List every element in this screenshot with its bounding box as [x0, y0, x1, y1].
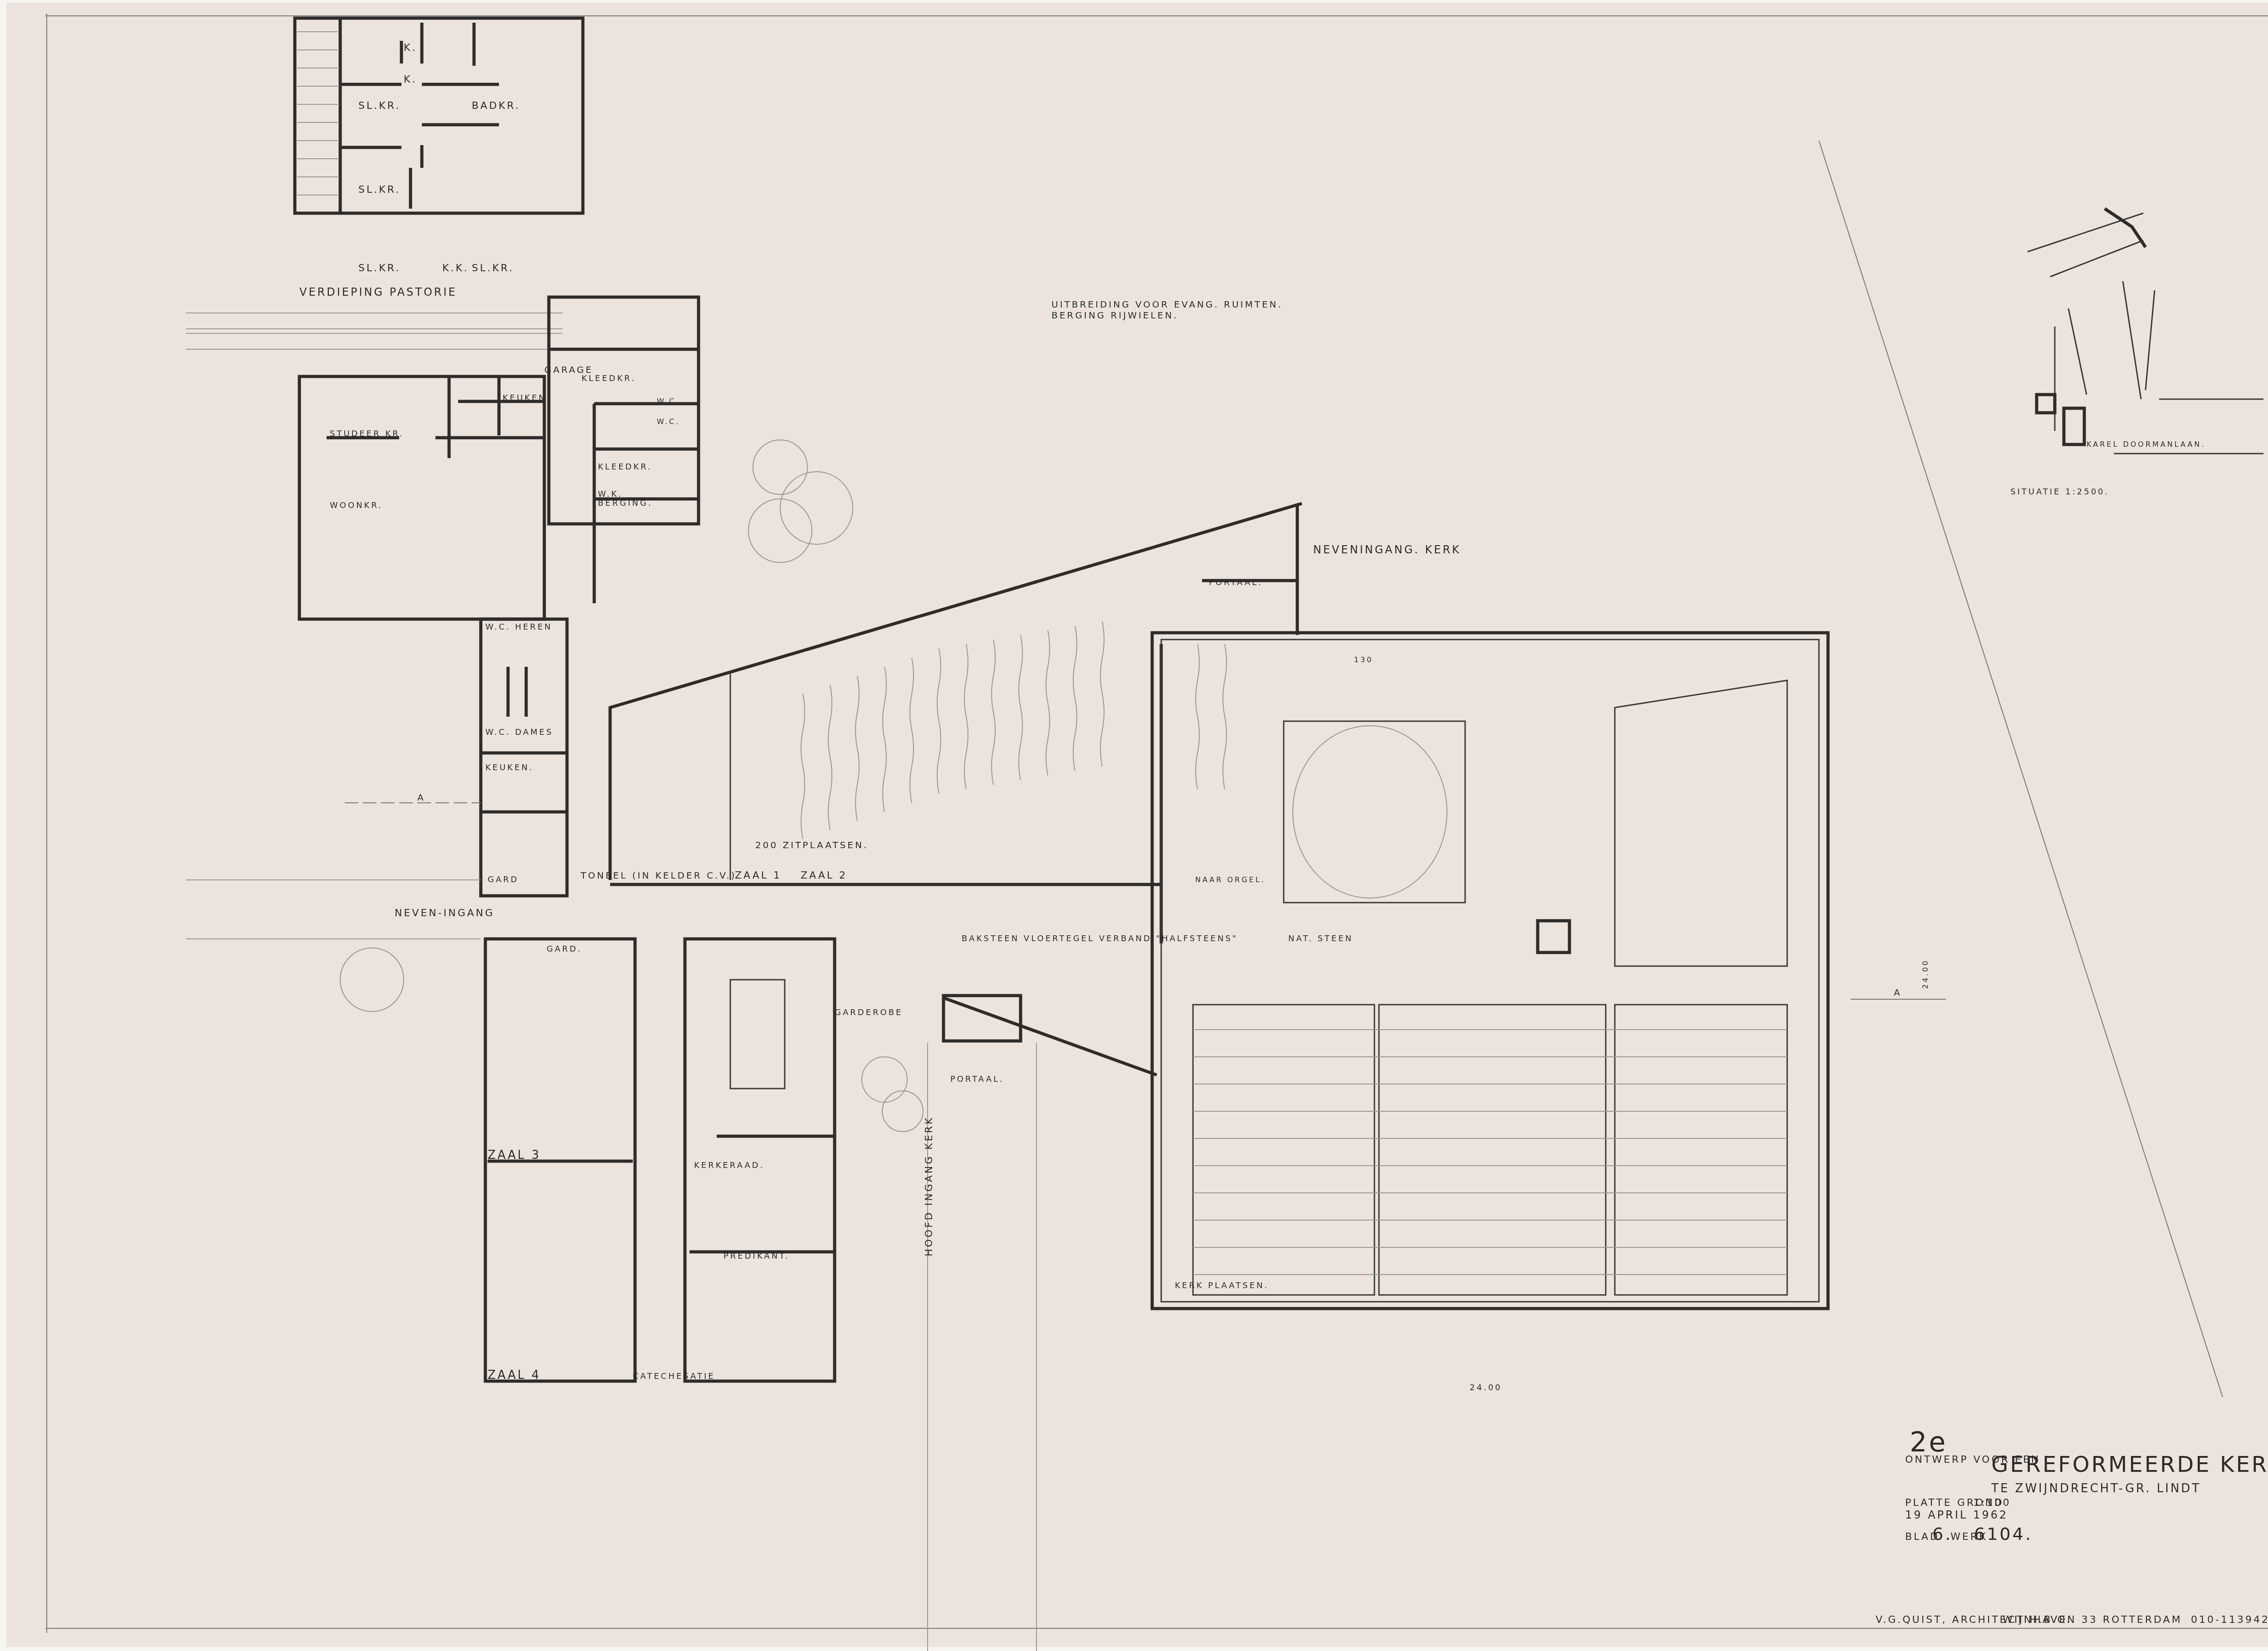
room-label: KLEEDKR. — [582, 374, 636, 383]
floor-note: BAKSTEEN VLOERTEGEL VERBAND "HALFSTEENS" — [962, 934, 1238, 943]
zaal-2-label: ZAAL 2 — [801, 870, 847, 881]
edition-number: 2e — [1910, 1426, 1947, 1458]
situation-caption: SITUATIE 1:2500. — [2010, 487, 2109, 497]
section-mark-a-right: A — [1894, 987, 1902, 998]
annex-note-line2: BERGING RIJWIELEN. — [1051, 310, 1178, 321]
room-label: ZAAL 4 — [488, 1368, 541, 1382]
dimension-right: 24.00 — [1921, 959, 1930, 989]
drawing-year: 1962 — [1973, 1509, 2008, 1521]
work-number: 6104. — [1974, 1524, 2033, 1544]
portaal-label: PORTAAL. — [950, 1075, 1004, 1084]
annex-note-line1: UITBREIDING VOOR EVANG. RUIMTEN. — [1051, 299, 1283, 310]
section-mark-a-left: A — [417, 792, 425, 803]
drawing-scale: 1:100 — [1973, 1497, 2011, 1509]
architect-address: WIJNHAVEN 33 ROTTERDAM — [2003, 1614, 2182, 1626]
dimension-130: 130 — [1354, 655, 1374, 664]
room-label: STUDEER KR. — [330, 429, 404, 439]
room-label: PREDIKANT. — [723, 1251, 790, 1261]
sheet-number: 6. — [1932, 1524, 1952, 1544]
room-label: CATECHESATIE — [633, 1372, 715, 1381]
room-label: SL.KR. — [358, 263, 401, 274]
room-label: KERKERAAD. — [694, 1161, 764, 1170]
room-label: W.K. — [598, 489, 623, 499]
room-label: K.K. — [442, 263, 469, 274]
room-label: ZAAL 3 — [488, 1148, 541, 1162]
church-location: TE ZWIJNDRECHT-GR. LINDT — [1991, 1482, 2201, 1495]
church-title: GEREFORMEERDE KERK — [1991, 1452, 2268, 1477]
room-label: BADKR. — [472, 100, 520, 112]
room-label: WOONKR. — [330, 501, 383, 510]
room-label: KEUKEN — [503, 393, 547, 403]
drawing-date: 19 APRIL — [1905, 1509, 1968, 1521]
zaal-1-label: ZAAL 1 — [735, 870, 782, 881]
seats-label: 200 ZITPLAATSEN. — [755, 840, 868, 850]
architect-phone: 010-113942 — [2191, 1614, 2268, 1626]
stone-note: NAT. STEEN — [1288, 934, 1353, 943]
side-entrance-church-label: NEVENINGANG. KERK — [1313, 543, 1461, 556]
street-label: KAREL DOORMANLAAN. — [2087, 440, 2205, 449]
wardrobe-label: GARDEROBE — [835, 1008, 903, 1017]
organ-label: NAAR ORGEL. — [1195, 875, 1266, 884]
room-label: W.C. DAMES — [485, 728, 553, 737]
room-label: KEUKEN. — [485, 763, 534, 772]
stage-label: TONEEL (IN KELDER C.V.) — [580, 870, 736, 881]
room-label: K. — [404, 74, 417, 85]
upper-floor-caption: VERDIEPING PASTORIE — [299, 286, 457, 298]
room-label: W.C. HEREN — [485, 622, 552, 632]
church-seats-label: KERK PLAATSEN. — [1175, 1281, 1269, 1290]
room-label: W.C. — [657, 417, 680, 426]
room-label: SL.KR. — [472, 263, 514, 274]
room-label: K. — [404, 42, 417, 54]
main-entrance-label: HOOFD INGANG KERK — [924, 1116, 935, 1256]
room-label: SL.KR. — [358, 184, 401, 195]
portaal-label: PORTAAL. — [1209, 578, 1263, 587]
room-label: GARD — [488, 875, 519, 884]
room-label: SL.KR. — [358, 100, 401, 112]
room-label: W.C. — [657, 397, 680, 405]
room-label: KLEEDKR. — [598, 462, 652, 472]
room-label: GARD. — [547, 944, 582, 954]
dimension-bottom: 24.00 — [1470, 1383, 1502, 1392]
room-label: BERGING. — [598, 498, 653, 508]
side-entrance-label: NEVEN-INGANG — [395, 908, 494, 919]
